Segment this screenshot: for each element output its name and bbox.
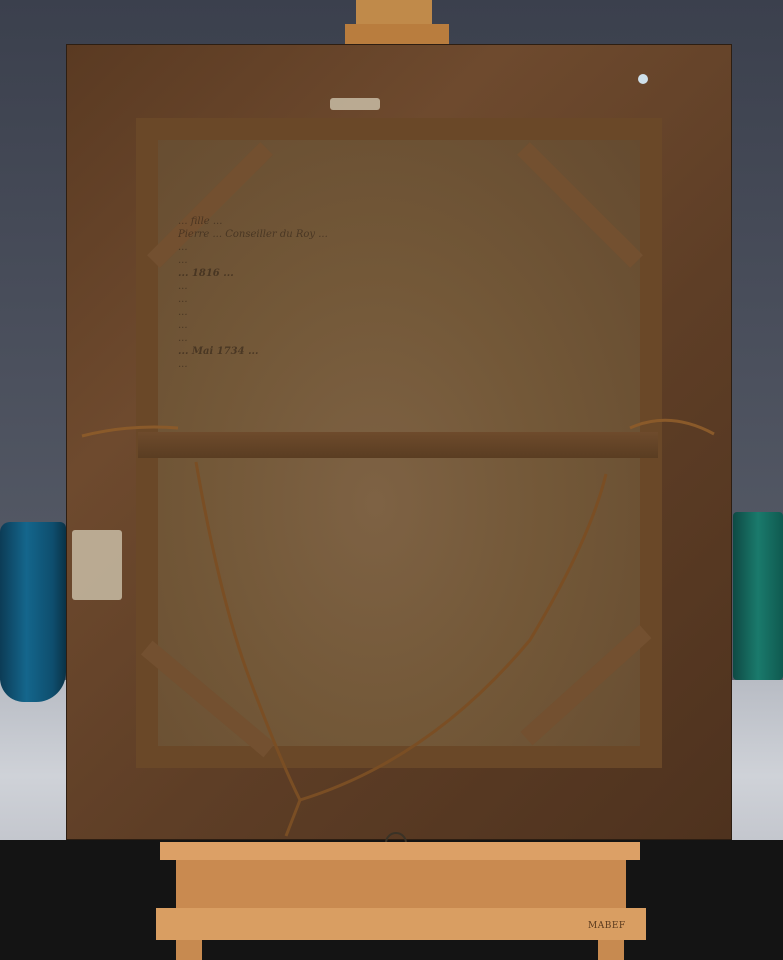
hanging-cord [0, 0, 783, 960]
easel-leg [176, 940, 202, 960]
easel-tray [156, 908, 646, 940]
easel-box [176, 860, 626, 908]
easel-leg [598, 940, 624, 960]
easel-brand-label: MABEF [588, 921, 626, 931]
easel-ledge [160, 842, 640, 860]
